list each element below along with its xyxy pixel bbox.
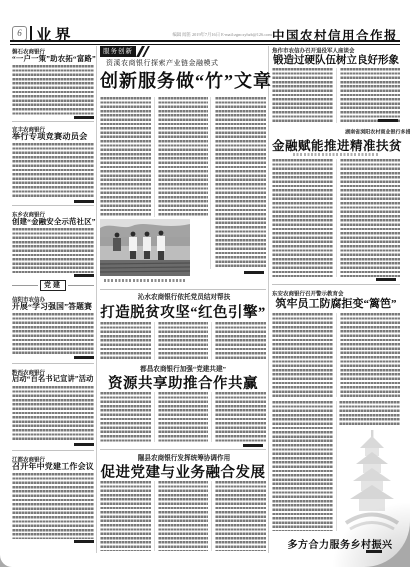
article-headline: 金融赋能推进精准扶贫 <box>272 136 400 154</box>
pagoda-illustration <box>344 428 400 532</box>
article-body-text <box>12 65 94 115</box>
article-photo <box>100 219 190 276</box>
body-column <box>158 322 209 360</box>
byline-signature <box>74 200 94 203</box>
byline-row <box>293 153 379 156</box>
service-innovation-tag: 服务创新 <box>100 46 136 57</box>
body-column-rule <box>336 401 337 531</box>
header-rule-top <box>10 40 400 42</box>
article-divider <box>12 205 94 206</box>
article-divider <box>12 121 94 122</box>
article-body-text <box>100 322 266 360</box>
body-column <box>158 481 209 551</box>
article-headline: 锻造过硬队伍树立良好形象 <box>272 52 400 67</box>
tag-flank-line <box>12 285 38 286</box>
byline-signature <box>74 274 94 277</box>
article-body-text <box>272 313 400 397</box>
byline-signature <box>74 116 94 119</box>
article-headline: 启动“百名书记宣讲”活动 <box>12 374 93 384</box>
tag-flank-line <box>68 285 94 286</box>
body-column <box>158 392 209 442</box>
byline-signature <box>243 444 263 447</box>
column-rule-right <box>268 46 269 553</box>
section-tag-party-building: 党建 <box>12 280 94 291</box>
tag-label: 党建 <box>40 280 66 291</box>
article-headline: 资源共享助推合作共赢 <box>100 372 266 393</box>
article-body-text <box>12 143 94 199</box>
article-body-text <box>12 313 94 355</box>
byline-signature <box>74 443 94 446</box>
body-column-rule <box>210 97 211 269</box>
article-divider <box>12 363 94 364</box>
byline-signature <box>366 550 382 553</box>
header-divider-bar <box>30 26 32 40</box>
article-headline: 多方合力服务乡村振兴 <box>280 536 400 551</box>
article-headline: “一户一策”助农拓“富路” <box>12 53 96 64</box>
article-divider <box>100 449 266 450</box>
article-body-text <box>272 68 400 123</box>
body-column <box>272 313 333 397</box>
body-column <box>215 97 266 269</box>
body-column <box>215 322 266 360</box>
article-headline: 打造脱贫攻坚“红色引擎” <box>100 301 266 322</box>
body-column <box>340 159 401 277</box>
article-body-text <box>272 159 400 277</box>
byline-signature <box>74 356 94 359</box>
article-body-text <box>100 481 266 551</box>
article-body-text <box>100 392 266 442</box>
article-body-text <box>100 97 208 217</box>
column-rule-left <box>96 46 97 553</box>
article-headline: 开展“学习强国”答题赛 <box>12 301 92 312</box>
article-divider <box>100 289 266 290</box>
article-headline: 召开年中党建工作会议 <box>12 461 94 472</box>
body-column <box>100 322 151 360</box>
body-column <box>158 97 209 217</box>
section-title: 业界 <box>36 23 74 45</box>
byline-signature <box>378 119 398 122</box>
article-body-text <box>12 228 94 273</box>
article-headline: 促进党建与业务融合发展 <box>100 461 266 482</box>
article-body-text <box>12 386 94 442</box>
byline-signature <box>244 271 264 274</box>
body-column <box>100 97 151 217</box>
newspaper-page: 6 业界 编辑 闻笛 2019年7月16日 E-mail:zgncxyhzb@1… <box>0 0 410 567</box>
article-headline: 举行专项竞赛动员会 <box>12 131 88 142</box>
byline-signature <box>74 540 94 543</box>
article-headline: 创建“金融安全示范社区” <box>12 216 96 227</box>
body-column <box>215 481 266 551</box>
body-column <box>340 313 401 397</box>
article-divider <box>12 450 94 451</box>
body-column <box>272 159 333 277</box>
body-column <box>339 401 400 427</box>
body-column <box>100 392 151 442</box>
photo-caption <box>104 279 186 282</box>
body-column <box>215 392 266 442</box>
body-column <box>100 481 151 551</box>
body-column <box>340 68 401 123</box>
body-column <box>272 401 333 531</box>
article-divider <box>272 284 400 285</box>
page-number-badge: 6 <box>12 26 27 41</box>
byline-signature <box>376 278 396 281</box>
body-column <box>272 68 333 123</box>
article-body-text <box>12 473 94 539</box>
main-headline: 创新服务做“竹”文章 <box>100 67 266 93</box>
article-headline: 筑牢员工防腐拒变“篱笆” <box>272 295 400 311</box>
